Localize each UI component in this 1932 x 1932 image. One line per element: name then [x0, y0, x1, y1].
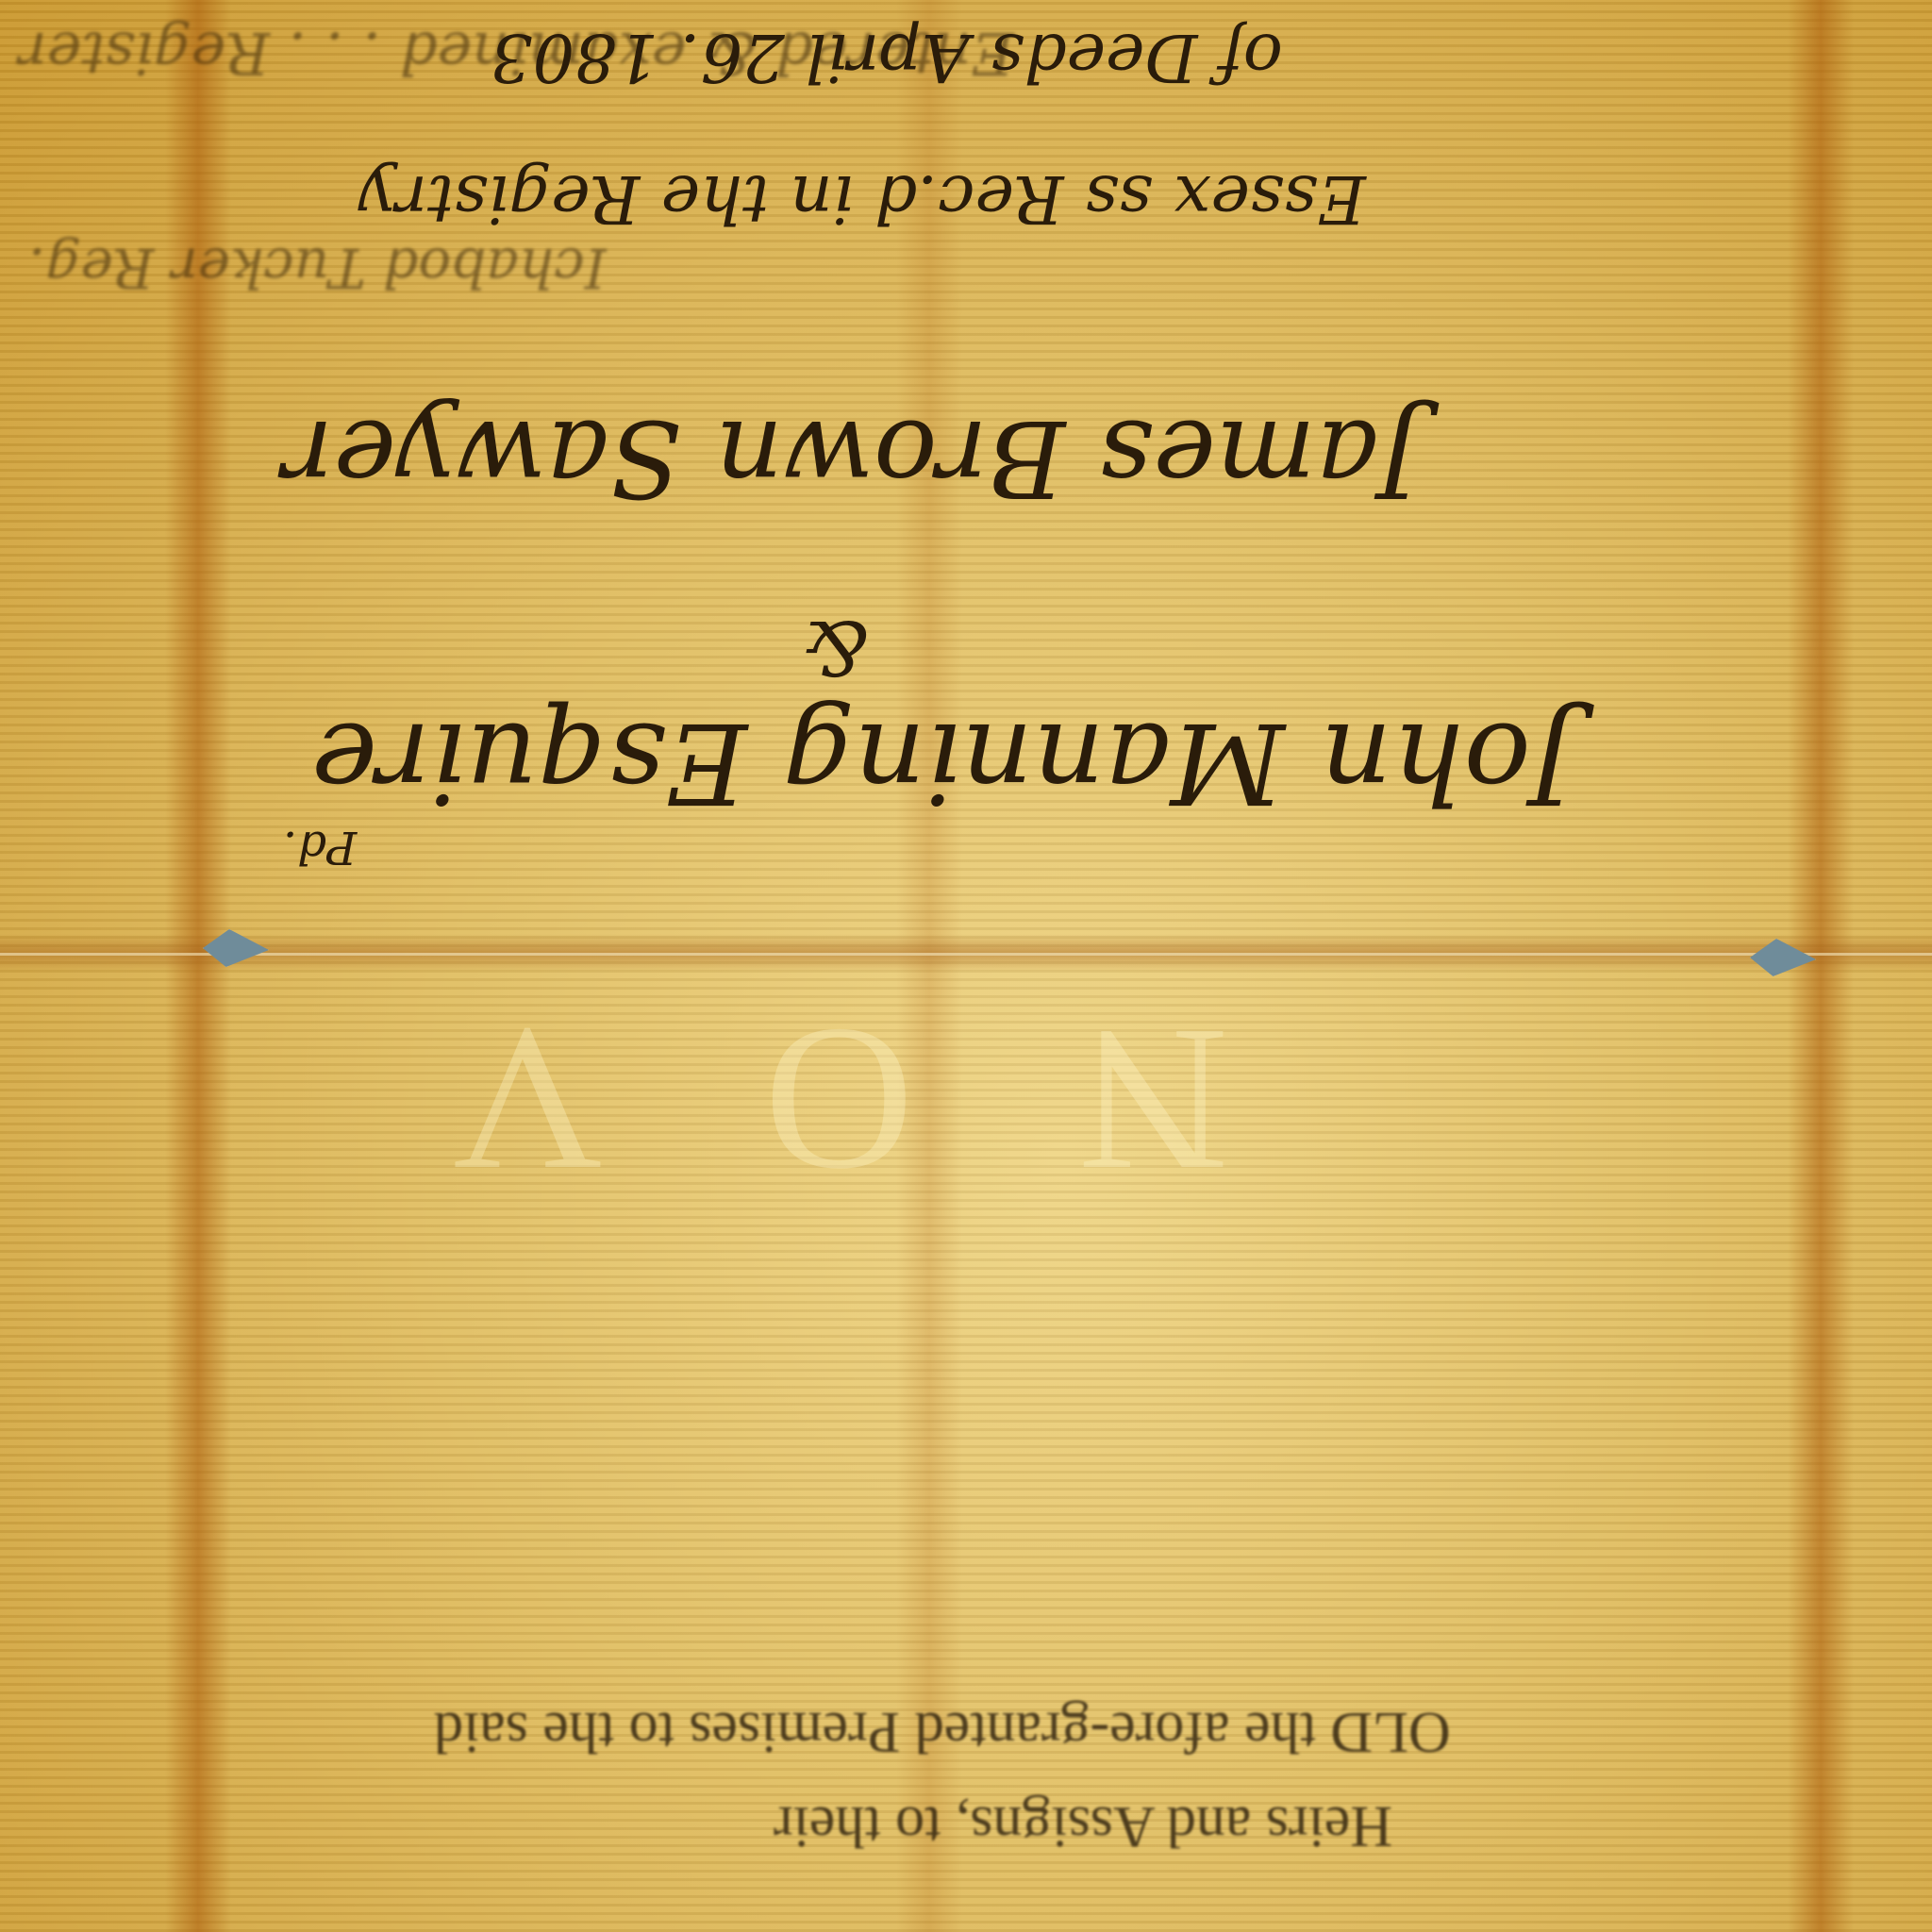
registry-date: of Deeds April 26. 1803	[491, 19, 1283, 96]
paid-note: Pd.	[283, 821, 357, 874]
aged-paper: N O V Entered & examined . . . Register …	[0, 0, 1932, 1932]
horizontal-fold-line	[0, 953, 1932, 956]
bleed-through-text: Ichabod Tucker Reg.	[28, 236, 607, 300]
registry-line: Essex ss Rec.d in the Registry	[358, 160, 1366, 238]
grantee-name: James Brown Sawyer	[283, 396, 1422, 519]
printed-form-line: Heirs and Assigns, to their	[774, 1792, 1392, 1859]
watermark: N O V	[396, 981, 1229, 1220]
printed-form-line: OLD the afore-granted Premises to the sa…	[434, 1698, 1451, 1765]
grantor-name: John Manning Esquire	[311, 698, 1575, 828]
conjunction: &	[802, 604, 869, 691]
